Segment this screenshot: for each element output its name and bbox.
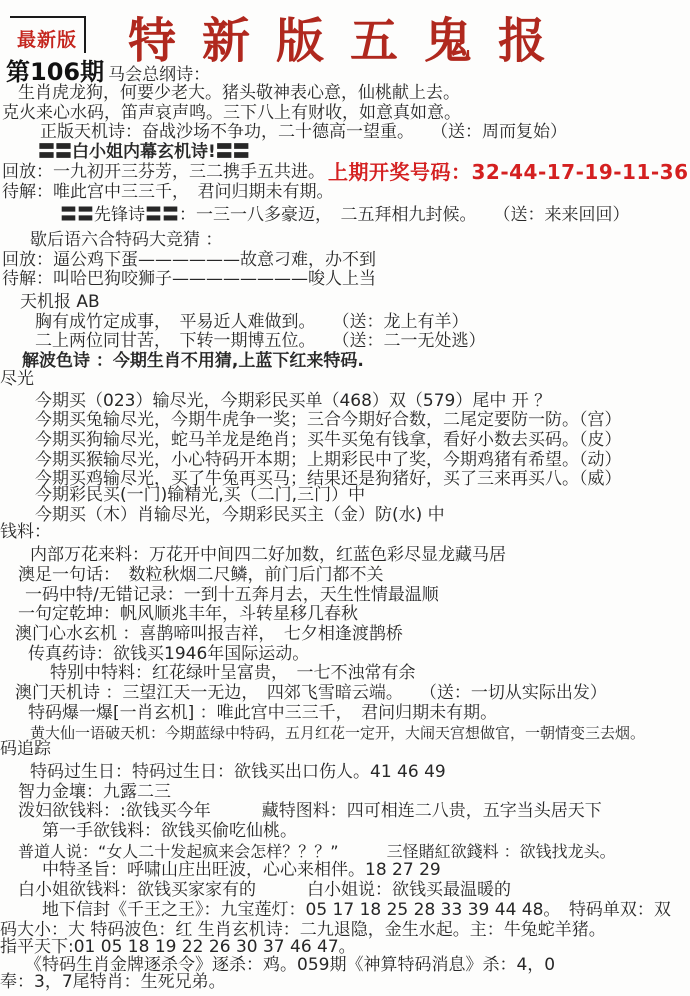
text-line: 钱料： [0, 523, 690, 543]
text-line: 一句定乾坤：帆风顺兆丰年，斗转星移几春秋 [18, 605, 690, 625]
text-line: 传真药诗：欲钱买1946年国际运动。 [28, 645, 690, 665]
text-line: 〓〓先锋诗〓〓：一三一八多豪迈， 二五拜相九封候。 （送：来来回回） [60, 206, 690, 226]
text-line: 回放：一九初开三芬芳，三二携手五共进。 [2, 163, 690, 183]
text-line: 正版天机诗：奋战沙场不争功，二十德高一望重。 （送：周而复始） [40, 123, 690, 143]
text-line: 中特圣旨：呼啸山庄出旺波，心心来相伴。18 27 29 [42, 861, 690, 881]
text-line: 澳足一句话： 数粒秋烟二尺鳞，前门后门都不关 [18, 566, 690, 586]
text-line: 泼妇欲钱料：:欲钱买今年 藏特图料：四可相连二八贵，五字当头居天下 [18, 802, 690, 822]
edition-badge: 最新版 [10, 16, 86, 53]
text-line: 今期买狗输尽光，蛇马羊龙是绝肖；买牛买兔有钱拿，看好小数去买码。（皮） [35, 431, 690, 451]
edition-badge-label: 最新版 [17, 25, 77, 52]
text-line: 码追踪 [0, 740, 690, 760]
text-line: 今期买猴输尽光，小心特码开本期；上期彩民中了奖，今期鸡猪有希望。（动） [35, 451, 690, 471]
body-lines: 生肖虎龙狗，何要少老大。猪头敬神表心意，仙桃献上去。克火来心水码，笛声哀声鸣。三… [0, 84, 690, 992]
text-line: 待解：唯此宫中三三千， 君问归期未有期。 [2, 183, 690, 203]
issue-row: 第106期马会总纲诗： [6, 52, 210, 87]
text-line: 特码爆一爆[一肖玄机] ：唯此宫中三三千， 君问归期未有期。 [28, 704, 690, 724]
text-line: 地下信封《千王之王》：九宝莲灯：05 17 18 25 28 33 39 44 … [42, 901, 690, 921]
text-line: 歇后语六合特码大竞猜 ： [30, 231, 690, 251]
text-line: 今期买（023）输尽光，今期彩民买单（468）双（579）尾中 开 ？ [35, 392, 690, 412]
text-line: 回放：逼公鸡下蛋——————故意刁难，办不到 [2, 251, 690, 271]
text-line: 天机报 AB [20, 293, 690, 313]
text-line: 胸有成竹定成事， 平易近人难做到。 （送：龙上有羊） [35, 313, 690, 333]
text-line: 普道人说：“女人二十发起疯来会怎样？？？” 三怪賭紅欲錢料 ：欲钱找龙头。 [18, 842, 690, 862]
text-line: 特码过生日：特码过生日：欲钱买出口伤人。41 46 49 [30, 763, 690, 783]
text-line: 待解：叫哈巴狗咬狮子————————唆人上当 [2, 270, 690, 290]
text-line: 一码中特/无错记录：一到十五奔月去，天生性情最温顺 [25, 586, 690, 606]
text-line: 克火来心水码，笛声哀声鸣。三下八上有财收，如意真如意。 [2, 104, 690, 124]
issue-number: 第106期 [6, 58, 104, 86]
text-line: 尽光 [0, 370, 690, 390]
text-line: 今期买兔输尽光，今期牛虎争一奖；三合今期好合数，二尾定要防一防。（宫） [35, 411, 690, 431]
text-line: 澳门心水玄机 ：喜鹊啼叫报吉祥， 七夕相逢渡鹊桥 [15, 625, 690, 645]
text-line: 白小姐欲钱料：欲钱买家家有的 白小姐说：欲钱买最温暖的 [18, 881, 690, 901]
text-line: 黄大仙一语破天机：今期蓝绿中特码，五月红花一定开，大闹天宫想做官，一朝情变三去烟… [30, 724, 690, 744]
text-line: 智力金壤：九露二三 [18, 783, 690, 803]
text-line: 二上两位同甘苦， 下转一期博五位。 （送：二一无处逃） [35, 332, 690, 352]
text-line: 特别中特料：红花绿叶呈富贵， 一七不浊常有余 [50, 664, 690, 684]
text-line: 内部万花来料：万花开中间四二好加数，红蓝色彩尽显龙藏马居 [30, 546, 690, 566]
text-line: 生肖虎龙狗，何要少老大。猪头敬神表心意，仙桃献上去。 [18, 84, 690, 104]
text-line: 〓〓白小姐内幕玄机诗!〓〓 [38, 143, 690, 163]
text-line: 澳门天机诗 ：三望江天一无边， 四郊飞雪暗云端。 （送：一切从实际出发） [15, 684, 690, 704]
text-line: 第一手欲钱料：欲钱买偷吃仙桃。 [42, 822, 690, 842]
issue-subtitle: 马会总纲诗： [108, 65, 210, 85]
